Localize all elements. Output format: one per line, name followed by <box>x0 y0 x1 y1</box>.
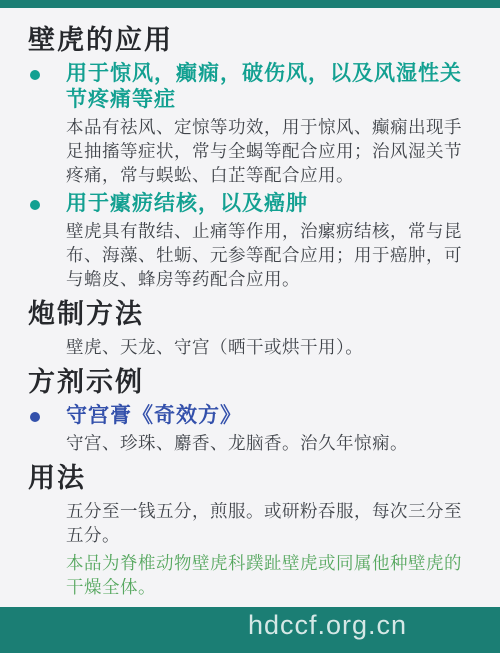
bottom-accent-bar: hdccf.org.cn <box>0 607 500 653</box>
usage-body: 五分至一钱五分，煎服。或研粉吞服，每次三分至五分。 <box>66 499 472 547</box>
application-bullet-1: 用于惊风，癫痫，破伤风，以及风湿性关节疼痛等症 <box>30 61 472 113</box>
application-headline-1: 用于惊风，癫痫，破伤风，以及风湿性关节疼痛等症 <box>66 61 472 113</box>
bullet-dot-icon <box>30 412 40 422</box>
card-content: 壁虎的应用 用于惊风，癫痫，破伤风，以及风湿性关节疼痛等症 本品有祛风、定惊等功… <box>0 0 500 599</box>
application-bullet-2: 用于瘰疬结核，以及癌肿 <box>30 191 472 217</box>
application-headline-2: 用于瘰疬结核，以及癌肿 <box>66 191 308 217</box>
formula-heading: 方剂示例 <box>28 366 500 399</box>
preparation-body: 壁虎、天龙、守宫（晒干或烘干用）。 <box>66 335 472 359</box>
application-body-2: 壁虎具有散结、止痛等作用，治瘰疬结核，常与昆布、海藻、牡蛎、元参等配合应用；用于… <box>66 219 472 291</box>
site-watermark: hdccf.org.cn <box>248 610 407 641</box>
medicine-info-card: 壁虎的应用 用于惊风，癫痫，破伤风，以及风湿性关节疼痛等症 本品有祛风、定惊等功… <box>0 0 500 653</box>
application-body-1: 本品有祛风、定惊等功效，用于惊风、癫痫出现手足抽搐等症状，常与全蝎等配合应用；治… <box>66 115 472 187</box>
bullet-dot-icon <box>30 70 40 80</box>
preparation-heading: 炮制方法 <box>28 298 500 331</box>
usage-heading: 用法 <box>28 462 500 495</box>
formula-body: 守宫、珍珠、麝香、龙脑香。治久年惊痫。 <box>66 431 472 455</box>
formula-headline: 守宫膏《奇效方》 <box>66 403 242 429</box>
formula-bullet: 守宫膏《奇效方》 <box>30 403 472 429</box>
bullet-dot-icon <box>30 200 40 210</box>
page-title: 壁虎的应用 <box>28 8 500 57</box>
source-note: 本品为脊椎动物壁虎科蹼趾壁虎或同属他种壁虎的干燥全体。 <box>66 551 472 599</box>
